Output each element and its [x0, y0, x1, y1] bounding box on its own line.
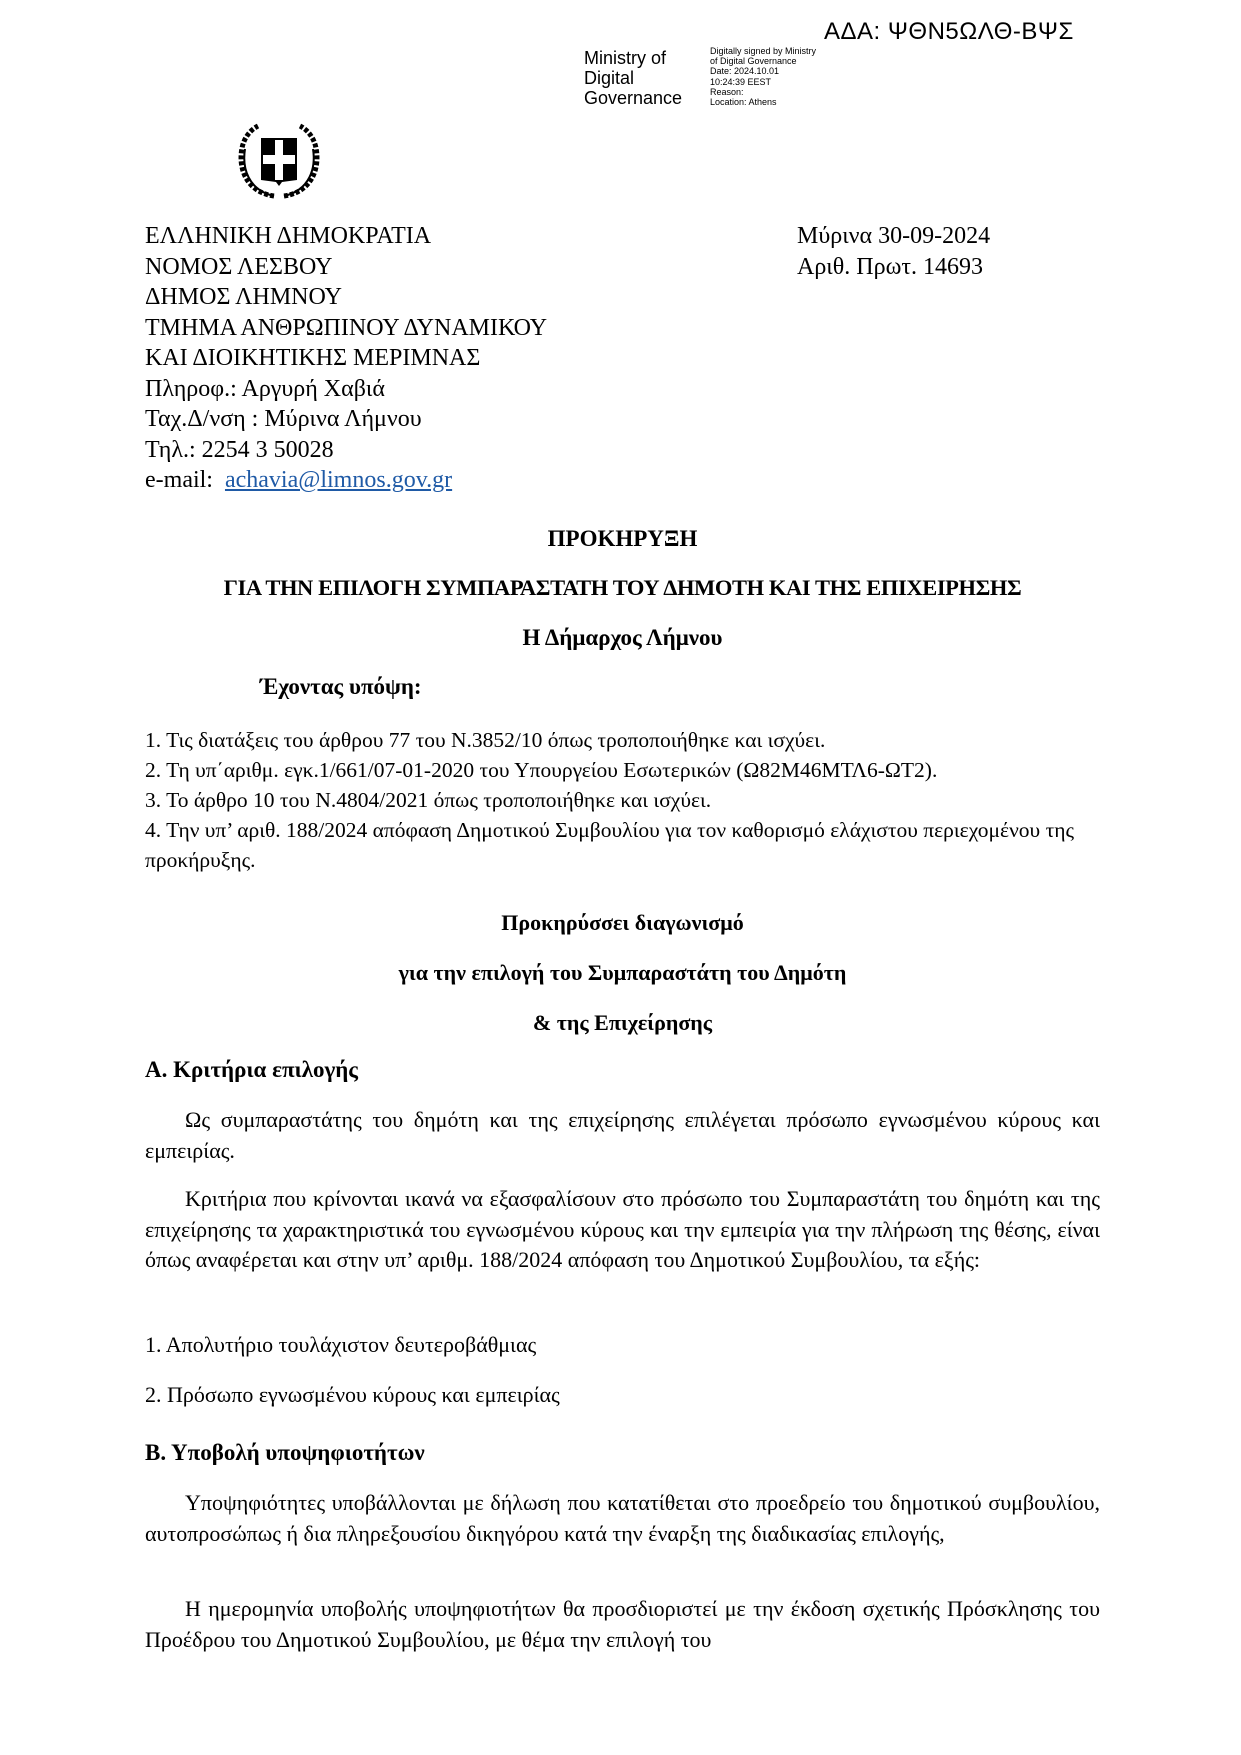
sender-line: ΝΟΜΟΣ ΛΕΣΒΟΥ: [145, 252, 547, 283]
date-protocol-block: Μύρινα 30-09-2024 Αριθ. Πρωτ. 14693: [797, 221, 990, 282]
email-link[interactable]: achavia@limnos.gov.gr: [225, 467, 452, 493]
signature-meta-line: Digitally signed by Ministry: [710, 46, 816, 56]
document-subtitle: ΓΙΑ ΤΗΝ ΕΠΙΛΟΓΗ ΣΥΜΠΑΡΑΣΤΑΤΗ ΤΟΥ ΔΗΜΟΤΗ …: [145, 575, 1100, 601]
email-row: e-mail: achavia@limnos.gov.gr: [145, 465, 547, 496]
list-item: 2. Τη υπ΄αριθμ. εγκ.1/661/07-01-2020 του…: [145, 755, 1100, 785]
phone-number: Τηλ.: 2254 3 50028: [145, 435, 547, 466]
section-b-paragraph: Υποψηφιότητες υποβάλλονται με δήλωση που…: [145, 1488, 1100, 1549]
announcement-line: Προκηρύσσει διαγωνισμό: [145, 910, 1100, 936]
postal-address: Ταχ.Δ/νση : Μύρινα Λήμνου: [145, 404, 547, 435]
paragraph-text: Ως συμπαραστάτης του δημότη και της επιχ…: [145, 1107, 1100, 1163]
signature-org-line: Digital: [584, 68, 682, 88]
criteria-item: 2. Πρόσωπο εγνωσμένου κύρους και εμπειρί…: [145, 1380, 1100, 1411]
protocol-number: Αριθ. Πρωτ. 14693: [797, 252, 990, 283]
ada-code: ΑΔΑ: ΨΘΝ5ΩΛΘ-ΒΨΣ: [824, 18, 1074, 46]
contact-info: Πληροφ.: Αργυρή Χαβιά: [145, 374, 547, 405]
section-b-heading: Β. Υποβολή υποψηφιοτήτων: [145, 1440, 425, 1466]
issuer-title: Η Δήμαρχος Λήμνου: [145, 625, 1100, 651]
sender-line: ΔΗΜΟΣ ΛΗΜΝΟΥ: [145, 282, 547, 313]
list-item: 3. Το άρθρο 10 του Ν.4804/2021 όπως τροπ…: [145, 785, 1100, 815]
signature-org-line: Ministry of: [584, 48, 682, 68]
signature-meta-line: of Digital Governance: [710, 56, 816, 66]
sender-line: ΕΛΛΗΝΙΚΗ ΔΗΜΟΚΡΑΤΙΑ: [145, 221, 547, 252]
section-a-paragraph: Ως συμπαραστάτης του δημότη και της επιχ…: [145, 1105, 1100, 1166]
signature-meta-line: Date: 2024.10.01: [710, 66, 816, 76]
coat-of-arms-icon: [234, 122, 324, 202]
considerations-list: 1. Τις διατάξεις του άρθρου 77 του Ν.385…: [145, 725, 1100, 875]
paragraph-text: Η ημερομηνία υποβολής υποψηφιοτήτων θα π…: [145, 1596, 1100, 1652]
sender-block: ΕΛΛΗΝΙΚΗ ΔΗΜΟΚΡΑΤΙΑ ΝΟΜΟΣ ΛΕΣΒΟΥ ΔΗΜΟΣ Λ…: [145, 221, 547, 496]
sender-line: ΚΑΙ ΔΙΟΙΚΗΤΙΚΗΣ ΜΕΡΙΜΝΑΣ: [145, 343, 547, 374]
document-title: ΠΡΟΚΗΡΥΞΗ: [145, 526, 1100, 552]
section-a-heading: Α. Κριτήρια επιλογής: [145, 1057, 358, 1083]
section-a-paragraph: Κριτήρια που κρίνονται ικανά να εξασφαλί…: [145, 1184, 1100, 1276]
signature-meta-line: 10:24:39 EEST: [710, 77, 816, 87]
signature-meta-line: Location: Athens: [710, 97, 816, 107]
considering-heading: Έχοντας υπόψη:: [260, 674, 422, 700]
signature-meta-line: Reason:: [710, 87, 816, 97]
list-item: 4. Την υπ’ αριθ. 188/2024 απόφαση Δημοτι…: [145, 815, 1100, 875]
signature-org-line: Governance: [584, 88, 682, 108]
email-label: e-mail:: [145, 467, 213, 493]
sender-line: ΤΜΗΜΑ ΑΝΘΡΩΠΙΝΟΥ ΔΥΝΑΜΙΚΟΥ: [145, 313, 547, 344]
signature-organization: Ministry of Digital Governance: [584, 48, 682, 108]
paragraph-text: Κριτήρια που κρίνονται ικανά να εξασφαλί…: [145, 1186, 1100, 1272]
place-date: Μύρινα 30-09-2024: [797, 221, 990, 252]
signature-details: Digitally signed by Ministry of Digital …: [710, 46, 816, 107]
announcement-line: & της Επιχείρησης: [145, 1010, 1100, 1036]
paragraph-text: Υποψηφιότητες υποβάλλονται με δήλωση που…: [145, 1490, 1100, 1546]
criteria-item: 1. Απολυτήριο τουλάχιστον δευτεροβάθμιας: [145, 1330, 1100, 1361]
list-item: 1. Τις διατάξεις του άρθρου 77 του Ν.385…: [145, 725, 1100, 755]
announcement-line: για την επιλογή του Συμπαραστάτη του Δημ…: [145, 960, 1100, 986]
section-b-paragraph: Η ημερομηνία υποβολής υποψηφιοτήτων θα π…: [145, 1594, 1100, 1655]
